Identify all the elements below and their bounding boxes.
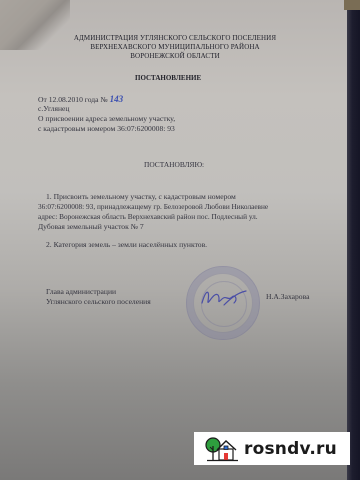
place: с.Углянец xyxy=(38,104,70,113)
item-1-line-2: 36:07:6200008: 93, принадлежащему гр. Бе… xyxy=(38,202,268,211)
signatory-name: Н.А.Захарова xyxy=(266,292,309,301)
paper-sheet: АДМИНИСТРАЦИЯ УГЛЯНСКОГО СЕЛЬСКОГО ПОСЕЛ… xyxy=(0,0,347,480)
item-1-line-3: адрес: Воронежская область Верхнехавский… xyxy=(38,212,258,221)
date-text: От 12.08.2010 года № xyxy=(38,95,108,104)
signatory-title-1: Глава администрации xyxy=(46,287,116,296)
subject-line-2: с кадастровым номером 36:07:6200008: 93 xyxy=(38,124,175,133)
document-type: ПОСТАНОВЛЕНИЕ xyxy=(135,74,201,82)
watermark-text: rosndv.ru xyxy=(244,439,337,459)
date-line: От 12.08.2010 года № 143 xyxy=(38,94,123,104)
watermark-badge[interactable]: rosndv.ru xyxy=(194,432,350,465)
item-1-line-4: Дубовая земельный участок № 7 xyxy=(38,222,144,231)
header-line-2: ВЕРХНЕХАВСКОГО МУНИЦИПАЛЬНОГО РАЙОНА xyxy=(40,43,310,51)
house-tree-logo-icon xyxy=(205,436,239,462)
header-line-3: ВОРОНЕЖСКОЙ ОБЛАСТИ xyxy=(40,52,310,60)
header-line-1: АДМИНИСТРАЦИЯ УГЛЯНСКОГО СЕЛЬСКОГО ПОСЕЛ… xyxy=(40,34,310,42)
signatory-title-2: Углянского сельского поселения xyxy=(46,297,151,306)
document-number: 143 xyxy=(110,94,124,104)
subject-line-1: О присвоении адреса земельному участку, xyxy=(38,114,175,123)
item-1-line-1: 1. Присвоить земельному участку, с кадас… xyxy=(46,192,236,201)
item-2-line-1: 2. Категория земель – земли населённых п… xyxy=(46,240,207,249)
handwritten-signature xyxy=(198,285,248,311)
table-edge xyxy=(347,0,360,480)
resolve-heading: ПОСТАНОВЛЯЮ: xyxy=(144,160,204,169)
